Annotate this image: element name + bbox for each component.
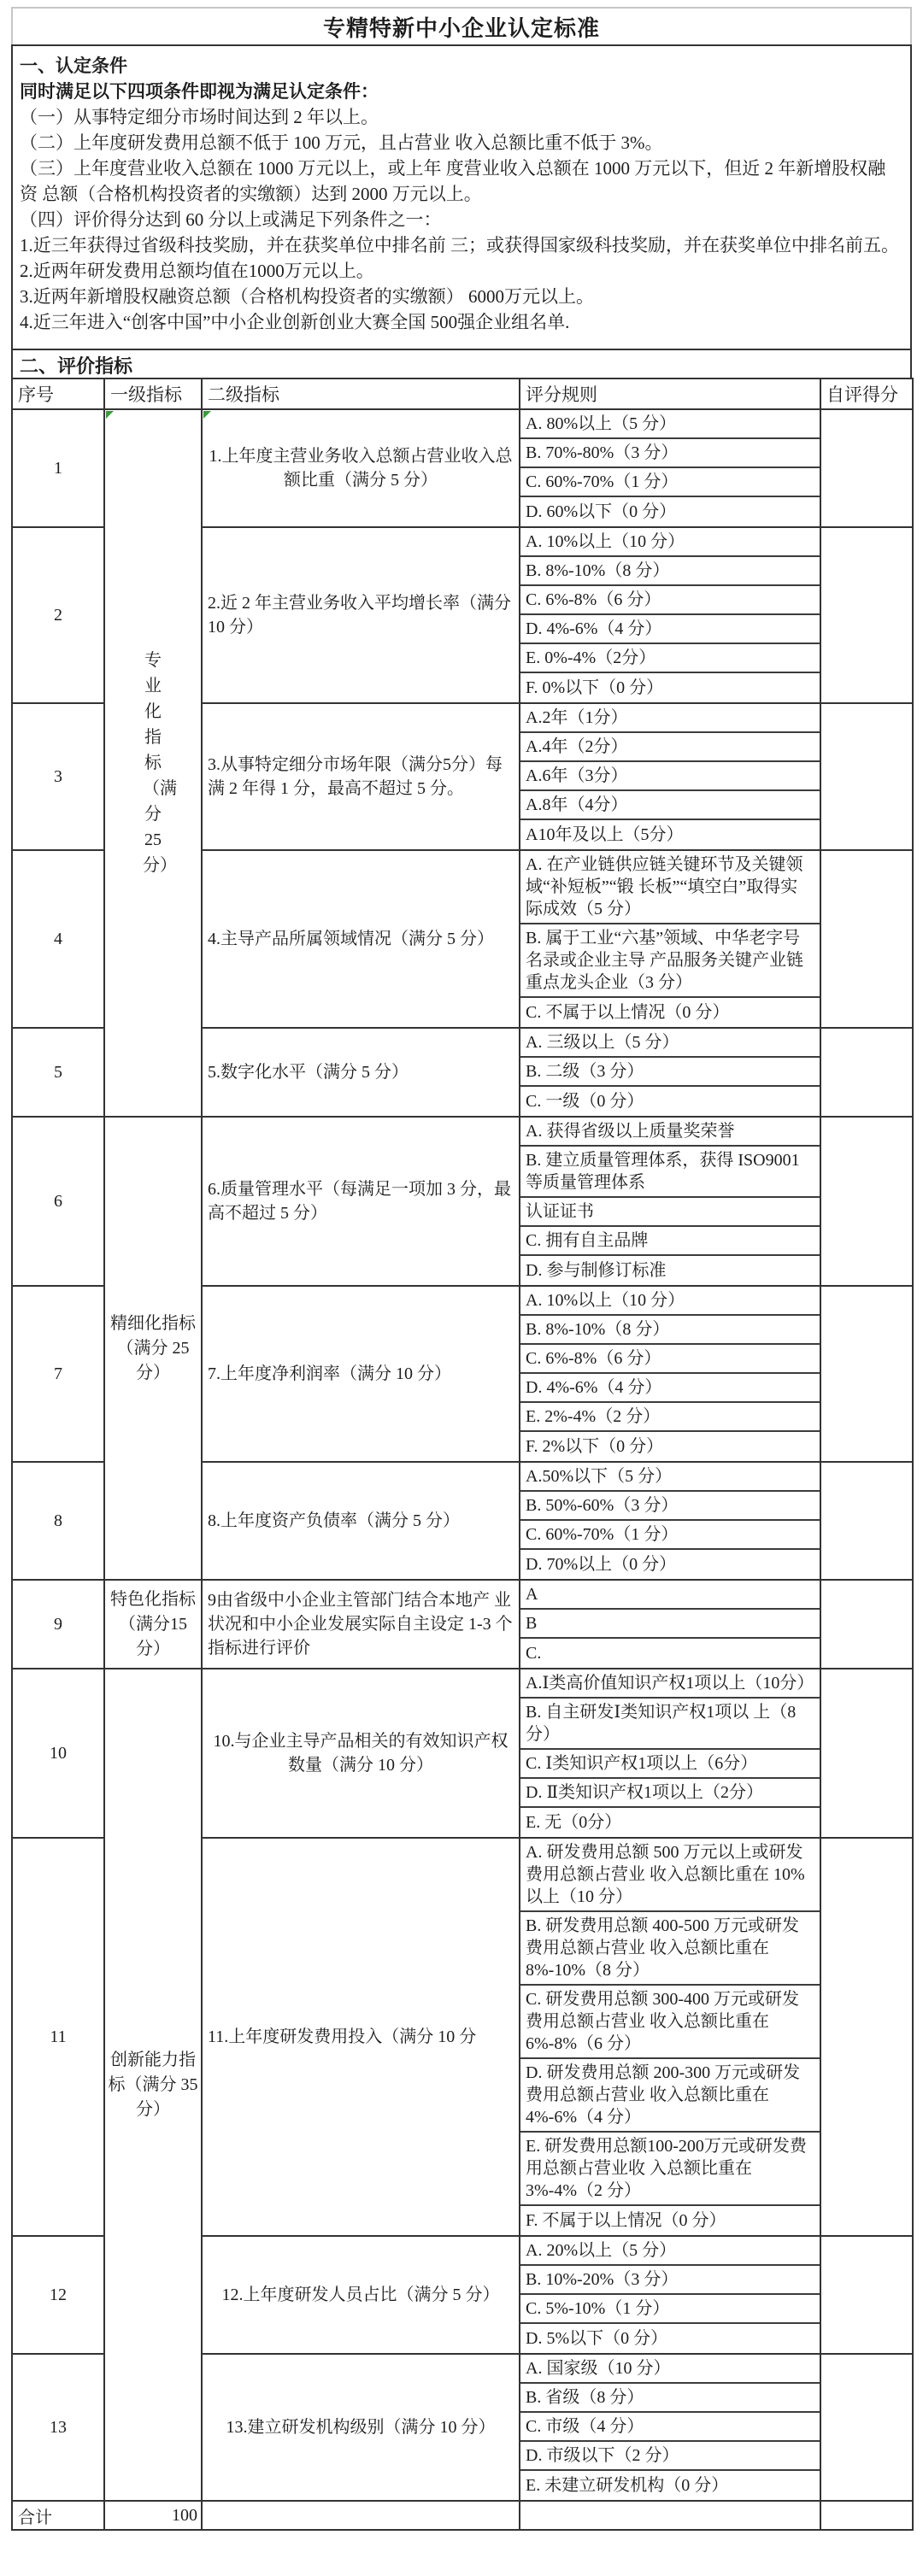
score-option: E. 2%-4%（2 分） <box>520 1403 820 1432</box>
scoring-rules-cell: A. 80%以上（5 分） B. 70%-80%（3 分） C. 60%-70%… <box>520 409 820 527</box>
total-empty-cell <box>202 2501 520 2530</box>
self-score-cell[interactable] <box>820 409 913 527</box>
score-option: A. 三级以上（5 分） <box>520 1029 820 1058</box>
score-option: E. 研发费用总额100-200万元或研发费用总额占营业收 入总额比重在 3%-… <box>520 2133 820 2206</box>
primary-indicator-label: 专业化指标（满分25分） <box>143 648 163 878</box>
row-number: 1 <box>12 409 104 527</box>
header-self-score: 自评得分 <box>820 378 913 409</box>
score-option: D. 参与制修订标准 <box>520 1256 820 1285</box>
score-option: C. 拥有自主品牌 <box>520 1227 820 1256</box>
table-header-row: 序号 一级指标 二级指标 评分规则 自评得分 <box>12 378 913 409</box>
section1-intro: 同时满足以下四项条件即视为满足认定条件： <box>20 79 902 104</box>
score-option: B. 属于工业“六基”领域、中华老字号名录或企业主导 产品服务关键产业链重点龙头… <box>520 924 820 998</box>
score-option: B. 8%-10%（8 分） <box>520 557 820 586</box>
condition-item: （四）评价得分达到 60 分以上或满足下列条件之一： <box>20 207 902 232</box>
score-option: D. 4%-6%（4 分） <box>520 615 820 644</box>
row-number: 3 <box>12 703 104 850</box>
condition-item: 2.近两年研发费用总额均值在1000万元以上。 <box>20 258 902 284</box>
secondary-indicator-cell: 11.上年度研发费用投入（满分 10 分 <box>202 1838 520 2236</box>
row-number: 8 <box>12 1462 104 1580</box>
score-option: E. 未建立研发机构（0 分） <box>520 2471 820 2500</box>
score-option: D. 5%以下（0 分） <box>520 2324 820 2353</box>
self-score-cell[interactable] <box>820 1669 913 1838</box>
score-option: 认证证书 <box>520 1198 820 1227</box>
secondary-indicator-cell: 5.数字化水平（满分 5 分） <box>202 1028 520 1117</box>
score-option: A.50%以下（5 分） <box>520 1463 820 1492</box>
score-option: C. 一级（0 分） <box>520 1087 820 1116</box>
secondary-indicator-cell: 10.与企业主导产品相关的有效知识产权数量（满分 10 分） <box>202 1669 520 1838</box>
row-number: 7 <box>12 1286 104 1462</box>
score-option: C. 60%-70%（1 分） <box>520 1521 820 1550</box>
score-option: C. 不属于以上情况（0 分） <box>520 998 820 1027</box>
self-score-cell[interactable] <box>820 1117 913 1286</box>
self-score-cell[interactable] <box>820 2236 913 2354</box>
secondary-indicator-cell: 7.上年度净利润率（满分 10 分） <box>202 1286 520 1462</box>
self-score-cell[interactable] <box>820 1838 913 2236</box>
score-option: A.Ⅰ类高价值知识产权1项以上（10分） <box>520 1669 820 1699</box>
score-option: B. 研发费用总额 400-500 万元或研发费用总额占营业 收入总额比重在 8… <box>520 1912 820 1986</box>
scoring-rules-cell: A. 国家级（10 分） B. 省级（8 分） C. 市级（4 分） D. 市级… <box>520 2354 820 2501</box>
score-option: B. 自主研发Ⅰ类知识产权1项以 上（8分） <box>520 1699 820 1750</box>
score-option: A. 在产业链供应链关键环节及关键领域“补短板”“锻 长板”“填空白”取得实际成… <box>520 851 820 924</box>
self-score-cell[interactable] <box>820 527 913 703</box>
scoring-rules-cell: A. 10%以上（10 分） B. 8%-10%（8 分） C. 6%-8%（6… <box>520 527 820 703</box>
section2-heading: 二、评价指标 <box>11 350 912 378</box>
secondary-indicator-label: 1.上年度主营业务收入总额占营业收入总额比重（满分 5 分） <box>209 447 513 490</box>
primary-indicator-label: 特色化指标（满分15分） <box>110 1590 196 1658</box>
row-number: 10 <box>12 1669 104 1838</box>
secondary-indicator-cell: 12.上年度研发人员占比（满分 5 分） <box>202 2236 520 2354</box>
table-row: 9 特色化指标（满分15分） 9由省级中小企业主管部门结合本地产 业状况和中小企… <box>12 1580 913 1669</box>
score-option: C. 研发费用总额 300-400 万元或研发费用总额占营业 收入总额比重在 6… <box>520 1986 820 2059</box>
primary-indicator-cell: 特色化指标（满分15分） <box>104 1580 202 1669</box>
scoring-rules-cell: A. 20%以上（5 分） B. 10%-20%（3 分） C. 5%-10%（… <box>520 2236 820 2354</box>
condition-item: （三）上年度营业收入总额在 1000 万元以上，或上年 度营业收入总额在 100… <box>20 155 902 207</box>
section-recognition-conditions: 一、认定条件 同时满足以下四项条件即视为满足认定条件： （一）从事特定细分市场时… <box>11 44 912 350</box>
score-option: B. 省级（8 分） <box>520 2384 820 2413</box>
score-option: B. 70%-80%（3 分） <box>520 439 820 468</box>
score-option: C. <box>520 1639 820 1668</box>
score-option: C. 6%-8%（6 分） <box>520 586 820 615</box>
score-option: A. 研发费用总额 500 万元以上或研发费用总额占营业 收入总额比重在 10%… <box>520 1839 820 1912</box>
row-number: 2 <box>12 527 104 703</box>
document-page: 专精特新中小企业认定标准 一、认定条件 同时满足以下四项条件即视为满足认定条件：… <box>0 0 923 2576</box>
score-option: A. 10%以上（10 分） <box>520 1287 820 1316</box>
row-number: 11 <box>12 1838 104 2236</box>
score-option: F. 2%以下（0 分） <box>520 1432 820 1461</box>
score-option: E. 0%-4%（2分） <box>520 644 820 673</box>
condition-item: 4.近三年进入“创客中国”中小企业创新创业大赛全国 500强企业组名单. <box>20 309 902 335</box>
self-score-cell[interactable] <box>820 850 913 1028</box>
total-empty-cell <box>520 2501 820 2530</box>
secondary-indicator-cell: 4.主导产品所属领域情况（满分 5 分） <box>202 850 520 1028</box>
condition-item: （一）从事特定细分市场时间达到 2 年以上。 <box>20 104 902 130</box>
row-number: 9 <box>12 1580 104 1669</box>
score-option: A.6年（3分） <box>520 762 820 791</box>
total-label: 合计 <box>12 2501 104 2530</box>
secondary-indicator-cell: 3.从事特定细分市场年限（满分5分）每满 2 年得 1 分，最高不超过 5 分。 <box>202 703 520 850</box>
score-option: A10年及以上（5分） <box>520 820 820 849</box>
primary-indicator-cell: 精细化指标（满分 25 分） <box>104 1117 202 1580</box>
self-score-cell[interactable] <box>820 2354 913 2501</box>
scoring-rules-cell: A.Ⅰ类高价值知识产权1项以上（10分） B. 自主研发Ⅰ类知识产权1项以 上（… <box>520 1669 820 1838</box>
score-option: B. 二级（3 分） <box>520 1058 820 1087</box>
table-row: 10 创新能力指标（满分 35 分） 10.与企业主导产品相关的有效知识产权数量… <box>12 1669 913 1838</box>
total-score: 100 <box>104 2501 202 2530</box>
score-option: D. Ⅱ类知识产权1项以上（2分） <box>520 1779 820 1808</box>
secondary-indicator-cell: 13.建立研发机构级别（满分 10 分） <box>202 2354 520 2501</box>
score-option: A.4年（2分） <box>520 733 820 762</box>
scoring-rules-cell: A. 三级以上（5 分） B. 二级（3 分） C. 一级（0 分） <box>520 1028 820 1117</box>
score-option: F. 0%以下（0 分） <box>520 673 820 702</box>
condition-item: 3.近两年新增股权融资总额（合格机构投资者的实缴额） 6000万元以上。 <box>20 284 902 309</box>
self-score-cell[interactable] <box>820 1286 913 1462</box>
secondary-indicator-cell: 6.质量管理水平（每满足一项加 3 分，最高不超过 5 分） <box>202 1117 520 1286</box>
score-option: D. 70%以上（0 分） <box>520 1550 820 1579</box>
primary-indicator-cell: 专业化指标（满分25分） <box>104 409 202 1117</box>
total-row: 合计 100 <box>12 2501 913 2530</box>
condition-item: 1.近三年获得过省级科技奖励，并在获奖单位中排名前 三；或获得国家级科技奖励，并… <box>20 232 902 258</box>
self-score-cell[interactable] <box>820 1028 913 1117</box>
row-number: 13 <box>12 2354 104 2501</box>
table-row: 6 精细化指标（满分 25 分） 6.质量管理水平（每满足一项加 3 分，最高不… <box>12 1117 913 1286</box>
score-option: E. 无（0分） <box>520 1808 820 1837</box>
scoring-rules-cell: A B C. <box>520 1580 820 1669</box>
score-option: C. Ⅰ类知识产权1项以上（6分） <box>520 1750 820 1779</box>
cell-corner-flag-icon <box>106 411 114 419</box>
document-title-box: 专精特新中小企业认定标准 <box>11 7 912 44</box>
header-primary-indicator: 一级指标 <box>104 378 202 409</box>
primary-indicator-cell: 创新能力指标（满分 35 分） <box>104 1669 202 2501</box>
score-option: B. 50%-60%（3 分） <box>520 1492 820 1521</box>
score-option: A.2年（1分） <box>520 704 820 733</box>
primary-indicator-label: 创新能力指标（满分 35 分） <box>109 2051 198 2119</box>
secondary-indicator-cell: 2.近 2 年主营业务收入平均增长率（满分 10 分） <box>202 527 520 703</box>
scoring-rules-cell: A. 10%以上（10 分） B. 8%-10%（8 分） C. 6%-8%（6… <box>520 1286 820 1462</box>
secondary-indicator-cell: 9由省级中小企业主管部门结合本地产 业状况和中小企业发展实际自主设定 1-3 个… <box>202 1580 520 1669</box>
evaluation-table: 序号 一级指标 二级指标 评分规则 自评得分 1 专业化指标（满分25分） <box>11 378 914 2531</box>
condition-item: （二）上年度研发费用总额不低于 100 万元，且占营业 收入总额比重不低于 3%… <box>20 130 902 155</box>
scoring-rules-cell: A.50%以下（5 分） B. 50%-60%（3 分） C. 60%-70%（… <box>520 1462 820 1580</box>
score-option: B. 建立质量管理体系，获得 ISO9001 等质量管理体系 <box>520 1147 820 1198</box>
header-scoring-rules: 评分规则 <box>520 378 820 409</box>
score-option: C. 60%-70%（1 分） <box>520 468 820 497</box>
cell-corner-flag-icon <box>203 411 211 419</box>
score-option: A. 20%以上（5 分） <box>520 2237 820 2266</box>
self-score-cell[interactable] <box>820 1462 913 1580</box>
table-row: 1 专业化指标（满分25分） 1.上年度主营业务收入总额占营业收入总额比重（满分… <box>12 409 913 527</box>
score-option: D. 市级以下（2 分） <box>520 2442 820 2471</box>
score-option: C. 市级（4 分） <box>520 2413 820 2442</box>
score-option: A <box>520 1581 820 1610</box>
self-score-cell[interactable] <box>820 1580 913 1669</box>
self-score-cell[interactable] <box>820 703 913 850</box>
row-number: 6 <box>12 1117 104 1286</box>
score-option: A. 获得省级以上质量奖荣誉 <box>520 1118 820 1147</box>
score-option: B. 10%-20%（3 分） <box>520 2266 820 2295</box>
row-number: 4 <box>12 850 104 1028</box>
secondary-indicator-cell: 1.上年度主营业务收入总额占营业收入总额比重（满分 5 分） <box>202 409 520 527</box>
score-option: B. 8%-10%（8 分） <box>520 1316 820 1345</box>
score-option: D. 4%-6%（4 分） <box>520 1374 820 1403</box>
score-option: D. 研发费用总额 200-300 万元或研发费用总额占营业 收入总额比重在 4… <box>520 2059 820 2133</box>
page-title: 专精特新中小企业认定标准 <box>323 11 600 43</box>
scoring-rules-cell: A. 研发费用总额 500 万元以上或研发费用总额占营业 收入总额比重在 10%… <box>520 1838 820 2236</box>
score-option: B <box>520 1610 820 1639</box>
self-score-cell[interactable] <box>820 2501 913 2530</box>
score-option: C. 5%-10%（1 分） <box>520 2295 820 2324</box>
header-index: 序号 <box>12 378 104 409</box>
score-option: A. 10%以上（10 分） <box>520 528 820 557</box>
header-secondary-indicator: 二级指标 <box>202 378 520 409</box>
scoring-rules-cell: A. 在产业链供应链关键环节及关键领域“补短板”“锻 长板”“填空白”取得实际成… <box>520 850 820 1028</box>
section1-heading: 一、认定条件 <box>20 53 902 79</box>
scoring-rules-cell: A. 获得省级以上质量奖荣誉 B. 建立质量管理体系，获得 ISO9001 等质… <box>520 1117 820 1286</box>
score-option: A. 80%以上（5 分） <box>520 410 820 439</box>
row-number: 12 <box>12 2236 104 2354</box>
row-number: 5 <box>12 1028 104 1117</box>
score-option: A.8年（4分） <box>520 791 820 820</box>
score-option: F. 不属于以上情况（0 分） <box>520 2206 820 2235</box>
score-option: D. 60%以下（0 分） <box>520 497 820 526</box>
score-option: A. 国家级（10 分） <box>520 2355 820 2384</box>
scoring-rules-cell: A.2年（1分） A.4年（2分） A.6年（3分） A.8年（4分） A10年… <box>520 703 820 850</box>
score-option: C. 6%-8%（6 分） <box>520 1345 820 1374</box>
secondary-indicator-cell: 8.上年度资产负债率（满分 5 分） <box>202 1462 520 1580</box>
primary-indicator-label: 精细化指标（满分 25 分） <box>110 1314 196 1382</box>
